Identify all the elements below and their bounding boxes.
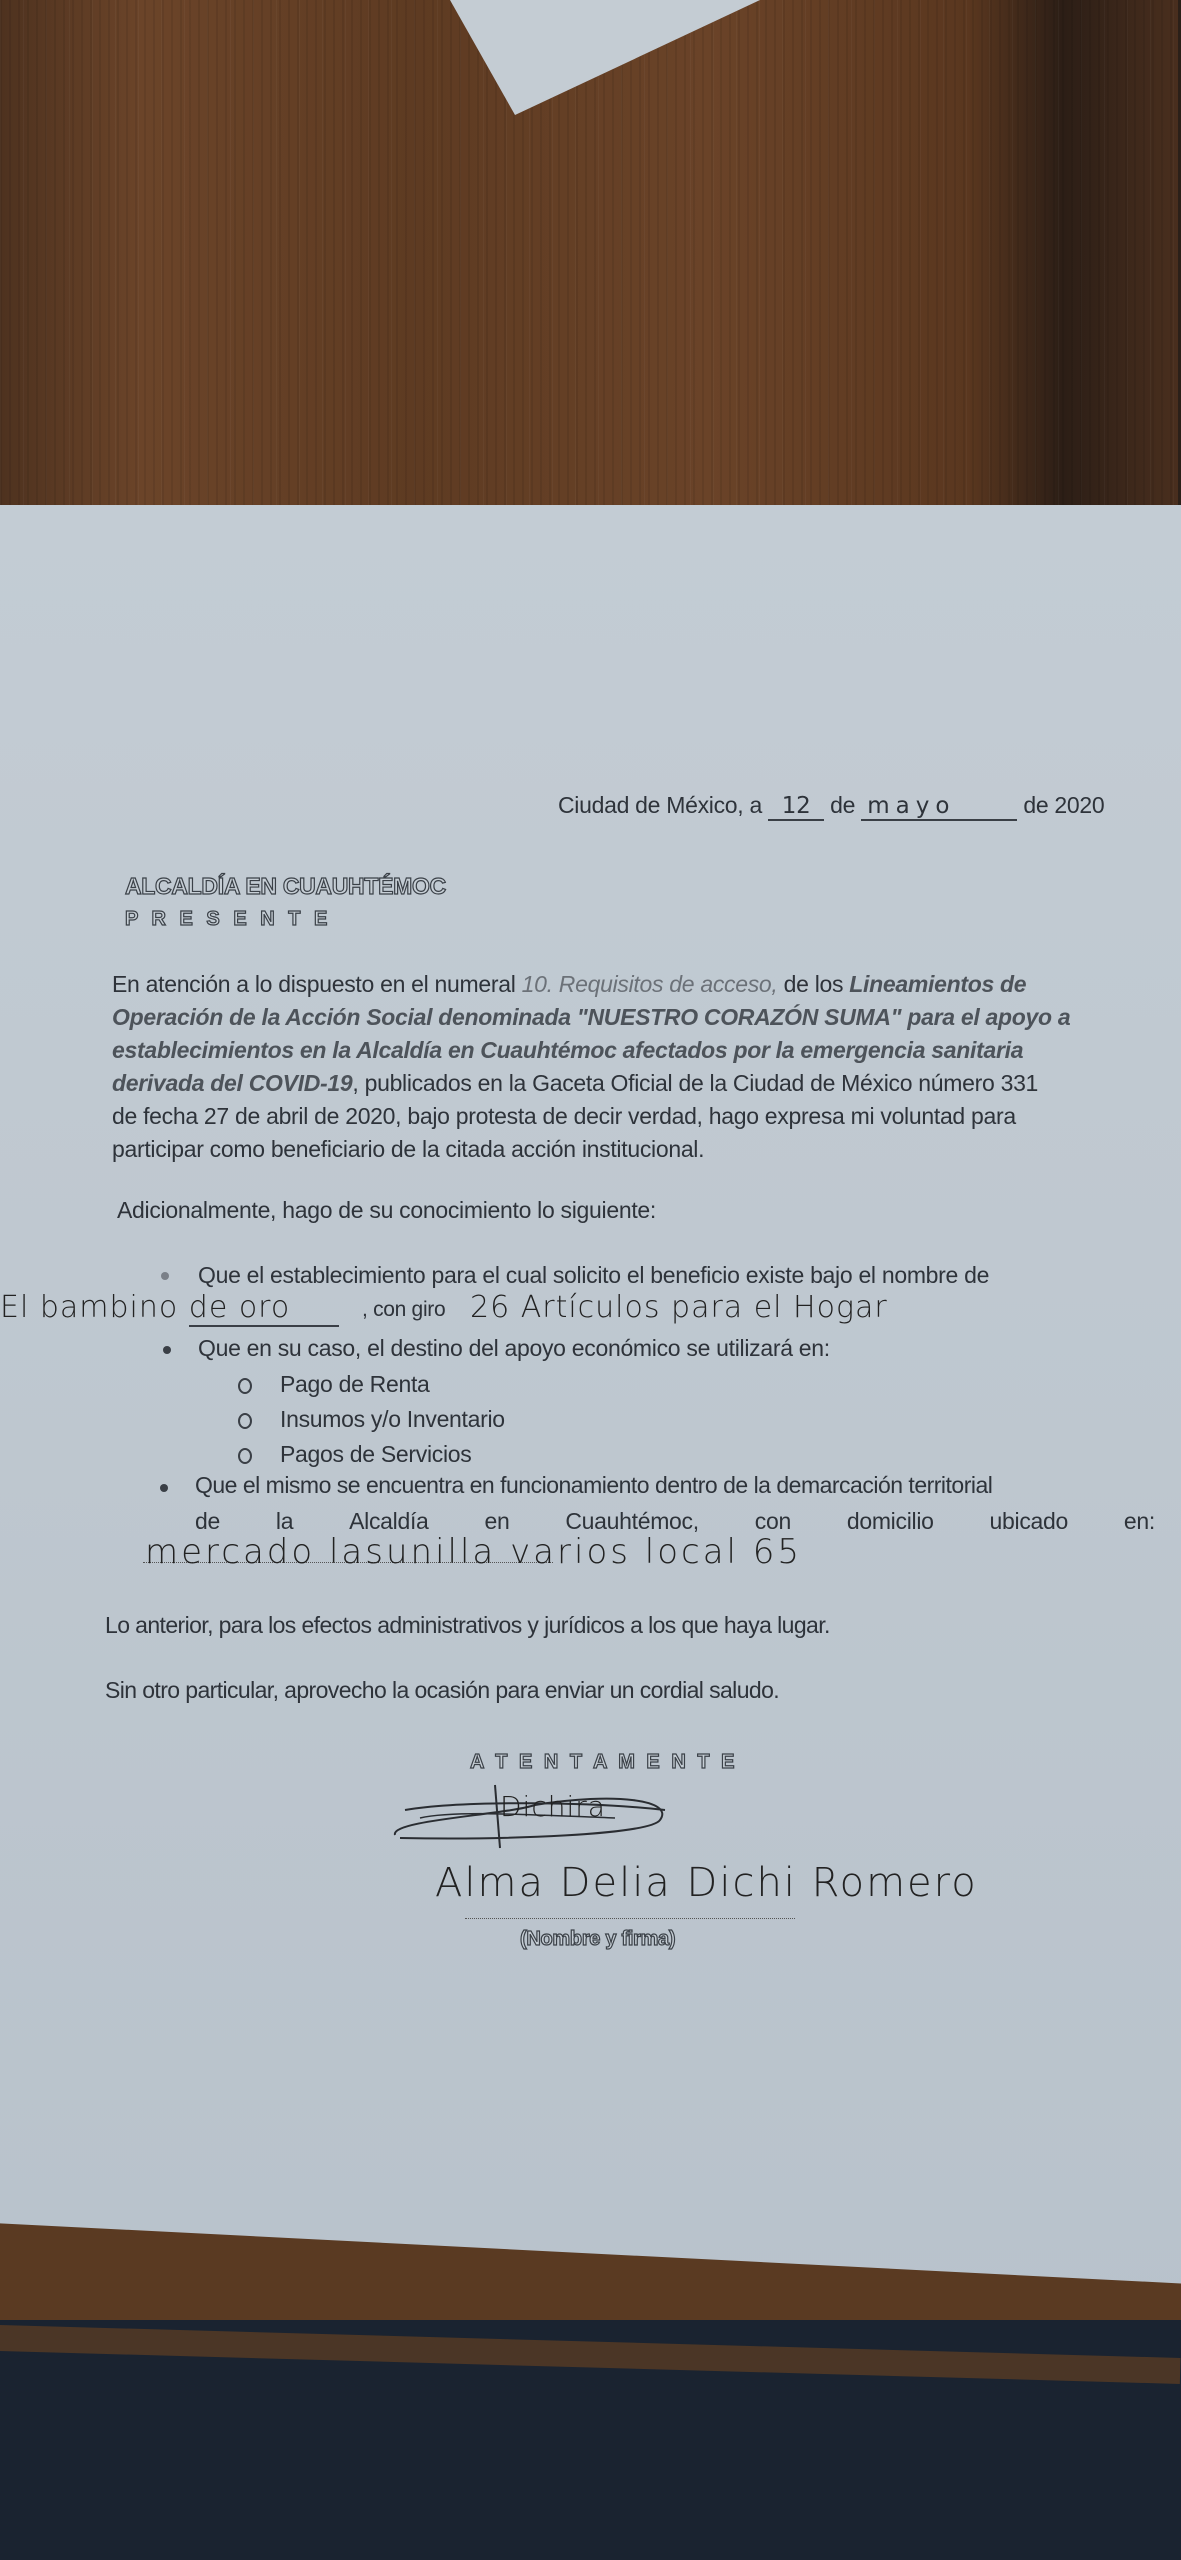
additionally: Adicionalmente, hago de su conocimiento … <box>117 1197 656 1224</box>
handwritten-establishment-name: El bambino de oro <box>0 1290 339 1327</box>
p1-text: de los <box>778 971 850 997</box>
bullet2-text: Que en su caso, el destino del apoyo eco… <box>198 1335 830 1362</box>
presente: P R E S E N T E <box>125 908 331 931</box>
date-of: de <box>830 792 855 818</box>
date-prefix: Ciudad de México, a <box>558 792 762 818</box>
date-year: de 2020 <box>1023 792 1104 818</box>
handwritten-business-type: 26 Artículos para el Hogar <box>470 1290 888 1325</box>
option-insumos: Insumos y/o Inventario <box>280 1406 505 1433</box>
option-servicios: Pagos de Servicios <box>280 1441 471 1468</box>
date-line: Ciudad de México, a 12 de mayo de 2020 <box>558 792 1104 821</box>
bullet-icon <box>160 1484 168 1492</box>
paragraph1-line1: En atención a lo dispuesto en el numeral… <box>112 971 1026 998</box>
word: ubicado <box>990 1508 1068 1535</box>
bullet-icon <box>163 1346 171 1354</box>
signature-caption: (Nombre y firma) <box>520 1928 675 1951</box>
p1-text: En atención a lo dispuesto en el numeral <box>112 971 522 997</box>
p1-reference: 10. Requisitos de acceso, <box>522 971 778 997</box>
atentamente: A T E N T A M E N T E <box>470 1751 737 1774</box>
handwritten-address: mercado lasunilla varios local 65 <box>145 1532 802 1572</box>
word: con <box>755 1508 791 1535</box>
word: la <box>276 1508 293 1535</box>
checkbox-circle-icon <box>238 1378 252 1394</box>
hand-name-a: El bambino <box>0 1290 178 1325</box>
letter-document: Ciudad de México, a 12 de mayo de 2020 A… <box>0 0 1181 2300</box>
checkbox-circle-icon <box>238 1413 252 1429</box>
signature: Dichira <box>500 1790 606 1823</box>
date-month: mayo <box>861 793 1017 821</box>
bullet3-text: Que el mismo se encuentra en funcionamie… <box>195 1472 992 1499</box>
closing-line-2: Sin otro particular, aprovecho la ocasió… <box>105 1677 779 1704</box>
word: domicilio <box>847 1508 934 1535</box>
signer-name: Alma Delia Dichi Romero <box>435 1860 978 1906</box>
word: en: <box>1124 1508 1155 1535</box>
date-day: 12 <box>768 793 824 821</box>
paragraph1-line5: de fecha 27 de abril de 2020, bajo prote… <box>112 1103 1016 1130</box>
con-giro-label: , con giro <box>362 1298 445 1322</box>
paragraph1-line2: Operación de la Acción Social denominada… <box>112 1004 1070 1031</box>
p1-lineamientos: Lineamientos de <box>849 971 1026 997</box>
recipient: ALCALDÍA EN CUAUHTÉMOC <box>125 873 446 900</box>
word: Cuauhtémoc, <box>565 1508 699 1535</box>
word: Alcaldía <box>349 1508 428 1535</box>
paragraph1-line4: derivada del COVID-19, publicados en la … <box>112 1070 1038 1097</box>
paragraph1-line3: establecimientos en la Alcaldía en Cuauh… <box>112 1037 1023 1064</box>
word: de <box>195 1508 220 1535</box>
closing-line-1: Lo anterior, para los efectos administra… <box>105 1612 830 1639</box>
word: en <box>484 1508 509 1535</box>
hand-name-b: de oro <box>189 1290 339 1327</box>
bullet-icon <box>161 1272 169 1280</box>
option-pago-renta: Pago de Renta <box>280 1371 430 1398</box>
signature-line <box>465 1918 795 1919</box>
bullet1-text: Que el establecimiento para el cual soli… <box>198 1262 989 1289</box>
paragraph1-line6: participar como beneficiario de la citad… <box>112 1136 704 1163</box>
p1-text: , publicados en la Gaceta Oficial de la … <box>352 1070 1038 1096</box>
checkbox-circle-icon <box>238 1448 252 1464</box>
p1-covid: derivada del COVID-19 <box>112 1070 352 1096</box>
bullet3-line2: de la Alcaldía en Cuauhtémoc, con domici… <box>195 1508 1155 1535</box>
